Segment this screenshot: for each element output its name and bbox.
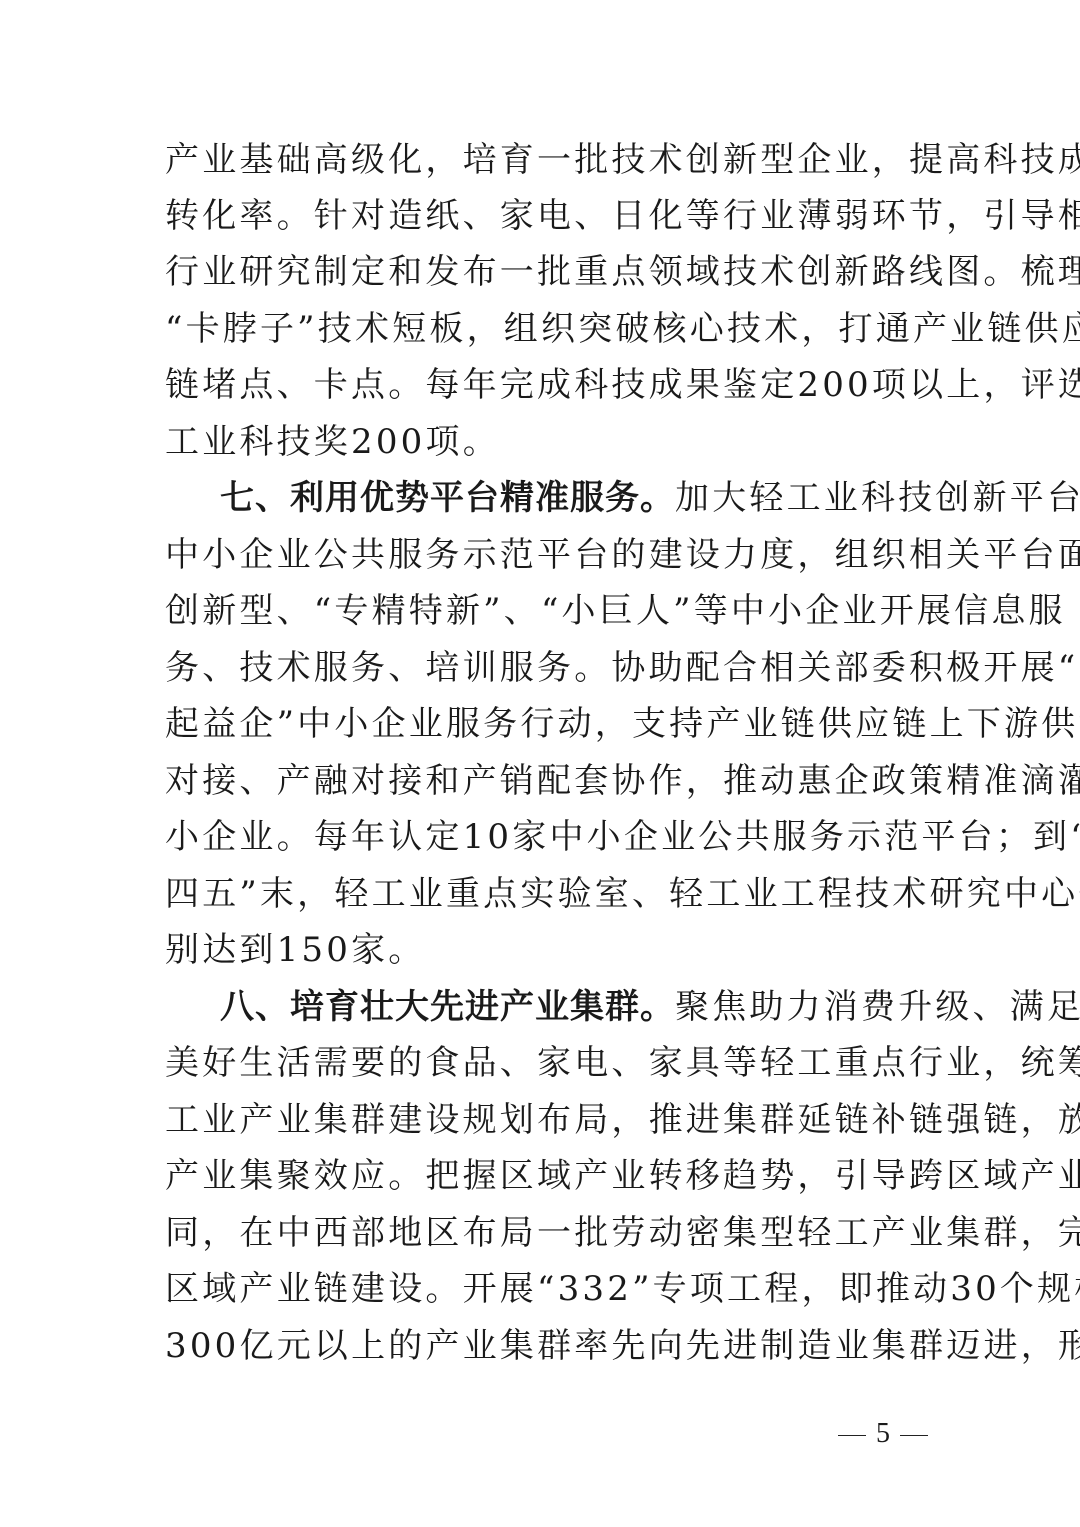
section-heading: 七、利用优势平台精准服务。: [220, 478, 675, 518]
text-line: 小企业。每年认定10家中小企业公共服务示范平台；到“十: [165, 817, 917, 857]
text-line: 转化率。针对造纸、家电、日化等行业薄弱环节，引导相关: [165, 196, 917, 236]
text-line: 链堵点、卡点。每年完成科技成果鉴定200项以上，评选轻: [165, 365, 917, 405]
text-line: 工业产业集群建设规划布局，推进集群延链补链强链，放大: [165, 1100, 917, 1140]
section-heading: 八、培育壮大先进产业集群。: [220, 987, 675, 1027]
dash-left: [838, 1435, 866, 1436]
text-line: 创新型、“专精特新”、“小巨人”等中小企业开展信息服: [165, 591, 917, 631]
text-line: 别达到150家。: [165, 930, 917, 970]
text-line: 产业集聚效应。把握区域产业转移趋势，引导跨区域产业协: [165, 1156, 917, 1196]
text-line: 同，在中西部地区布局一批劳动密集型轻工产业集群，完善: [165, 1213, 917, 1253]
text-line: 四五”末，轻工业重点实验室、轻工业工程技术研究中心分: [165, 874, 917, 914]
text-line: 区域产业链建设。开展“332”专项工程，即推动30个规模: [165, 1269, 917, 1309]
page-number: 5: [828, 1418, 938, 1450]
text-line: 美好生活需要的食品、家电、家具等轻工重点行业，统筹轻: [165, 1043, 917, 1083]
heading-line-text: 加大轻工业科技创新平台、: [675, 478, 1080, 518]
text-line: 起益企”中小企业服务行动，支持产业链供应链上下游供需: [165, 704, 917, 744]
text-line: 产业基础高级化，培育一批技术创新型企业，提高科技成果: [165, 140, 917, 180]
dash-right: [900, 1435, 928, 1436]
text-line: 对接、产融对接和产销配套协作，推动惠企政策精准滴灌中: [165, 761, 917, 801]
text-line: 务、技术服务、培训服务。协助配合相关部委积极开展“一: [165, 648, 917, 688]
heading-line-text: 聚焦助力消费升级、满足: [675, 987, 1080, 1027]
text-line: “卡脖子”技术短板，组织突破核心技术，打通产业链供应: [165, 309, 917, 349]
text-line: 行业研究制定和发布一批重点领域技术创新路线图。梳理: [165, 252, 917, 292]
section-heading-line: 七、利用优势平台精准服务。加大轻工业科技创新平台、: [165, 478, 917, 518]
text-line: 中小企业公共服务示范平台的建设力度，组织相关平台面向: [165, 535, 917, 575]
text-line: 工业科技奖200项。: [165, 422, 917, 462]
section-heading-line: 八、培育壮大先进产业集群。聚焦助力消费升级、满足: [165, 987, 917, 1027]
page-number-value: 5: [876, 1418, 890, 1449]
text-line: 300亿元以上的产业集群率先向先进制造业集群迈进，形成: [165, 1326, 917, 1366]
